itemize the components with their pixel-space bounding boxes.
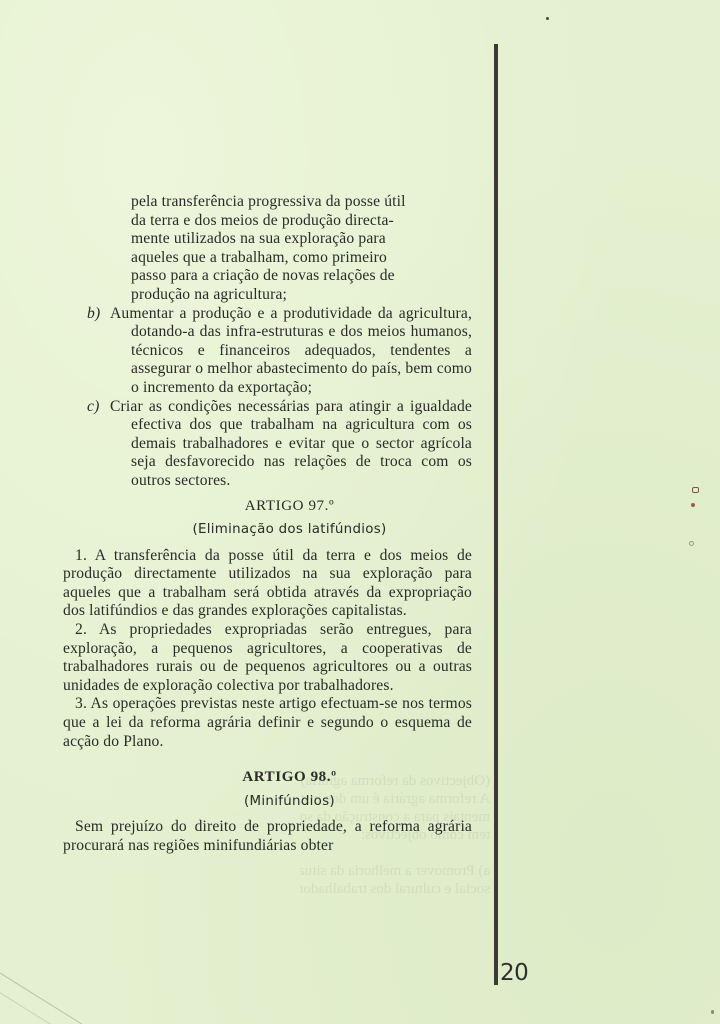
article-heading: ARTIGO 97.º [63, 497, 472, 516]
article-paragraph: Sem prejuízo do direito de propriedade, … [63, 818, 472, 855]
page-fold-crease [0, 960, 91, 1024]
article-subtitle: (Minifúndios) [63, 793, 472, 812]
list-marker: c) [87, 398, 99, 417]
text-line: passo para a criação de novas relações d… [131, 267, 472, 286]
list-item-text: Criar as condições necessárias para atin… [131, 398, 472, 491]
article-subtitle: (Eliminação dos latifúndios) [63, 521, 472, 540]
article-paragraph: 3. As operações previstas neste artigo e… [63, 695, 472, 751]
text-line: mente utilizados na sua exploração para [131, 230, 472, 249]
text-line: aqueles que a trabalham, como primeiro [131, 249, 472, 268]
article-paragraph: 2. As propriedades expropriadas serão en… [63, 621, 472, 695]
paper-speck [689, 541, 694, 546]
text-line: da terra e dos meios de produção directa… [131, 212, 472, 231]
article-98: ARTIGO 98.º (Minifúndios) Sem prejuízo d… [63, 768, 472, 855]
list-marker: b) [87, 305, 100, 324]
paper-speck [692, 487, 699, 493]
text-line: pela transferência progressiva da posse … [131, 193, 472, 212]
list-item-c: c) Criar as condições necessárias para a… [63, 398, 472, 491]
article-97: ARTIGO 97.º (Eliminação dos latifúndios)… [63, 497, 472, 752]
article-paragraph: 1. A transferência da posse útil da terr… [63, 547, 472, 621]
page-text-column: pela transferência progressiva da posse … [63, 193, 472, 856]
paper-speck [711, 1010, 714, 1014]
list-item-text: Aumentar a produção e a produtividade da… [131, 305, 472, 398]
paper-speck [546, 17, 549, 20]
list-item-b: b) Aumentar a produção e a produtividade… [63, 305, 472, 398]
paper-speck [691, 503, 695, 507]
margin-vertical-rule [494, 44, 498, 985]
text-line: produção na agricultura; [131, 286, 472, 305]
continued-list-item-a: pela transferência progressiva da posse … [63, 193, 472, 305]
page-number: 20 [500, 960, 528, 986]
article-heading: ARTIGO 98.º [63, 768, 472, 787]
